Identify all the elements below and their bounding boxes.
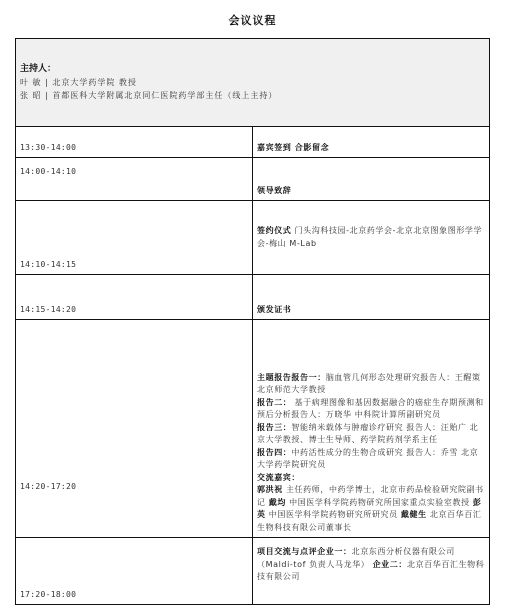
host-label: 主持人 [20, 64, 47, 74]
content-cell: 颁发证书 [253, 275, 490, 320]
host-cell: 主持人： 叶 敏 | 北京大学药学院 教授 张 昭 | 首都医科大学附属北京同仁… [16, 39, 490, 127]
item-title: 签约仪式 [257, 226, 291, 235]
agenda-row: 14:20-17:20 主题报告报告一：脑血管几何形态处理研究报告人：王醒策 北… [16, 320, 490, 538]
host-heading: 主持人： [20, 63, 485, 76]
host-person: 张 昭 | 首都医科大学附属北京同仁医院药学部主任（线上主持） [20, 90, 485, 103]
item-text: 门头沟科技园-北京药学会-北京北京图象图形学学会-梅山 M-Lab [257, 226, 482, 248]
report-text: 智能纳米载体与肿瘤诊疗研究 报告人：汪贻广 北京大学教授、博士生导师、药学院药剂… [257, 423, 478, 445]
agenda-row: 14:15-14:20 颁发证书 [16, 275, 490, 320]
report-item: 报告三：智能纳米载体与肿瘤诊疗研究 报告人：汪贻广 北京大学教授、博士生导师、药… [257, 422, 485, 447]
report-label: 报告二： [257, 398, 291, 407]
guest-name: 郭洪祝 [257, 485, 283, 494]
report-item: 报告二： 基于病理图像和基因数据融合的癌症生存期预测和预后分析报告人：万晓华 中… [257, 397, 485, 422]
guest-title: 中国医学科学院药物研究所国家重点实验室教授 [286, 498, 473, 507]
guest-name: 戴均 [269, 498, 286, 507]
content-cell: 项目交流与点评企业一：北京东西分析仪器有限公司（Maldi-tof 负责人马龙华… [253, 538, 490, 605]
item-title: 嘉宾签到 合影留念 [257, 143, 329, 152]
report-label: 报告四： [257, 448, 291, 457]
time-cell: 17:20-18:00 [16, 538, 253, 605]
time-cell: 14:20-17:20 [16, 320, 253, 538]
content-cell: 主题报告报告一：脑血管几何形态处理研究报告人：王醒策 北京师范大学教授 报告二：… [253, 320, 490, 538]
item-title: 领导致辞 [257, 186, 291, 195]
content-cell: 领导致辞 [253, 158, 490, 201]
guests-list: 郭洪祝 主任药师，中药学博士，北京市药品检验研究院副书记 戴均 中国医学科学院药… [257, 484, 485, 534]
agenda-row: 14:00-14:10 领导致辞 [16, 158, 490, 201]
report-text: 中药活性成分的生物合成研究 报告人：乔雪 北京大学药学院研究员 [257, 448, 478, 470]
time-cell: 14:15-14:20 [16, 275, 253, 320]
host-colon: ： [47, 64, 56, 74]
report-label: 报告三： [257, 423, 291, 432]
guest-title: 中国医学科学院药物研究所研究员 [266, 510, 401, 519]
report-label: 主题报告报告一： [257, 373, 326, 382]
content-cell: 签约仪式 门头沟科技园-北京药学会-北京北京图象图形学学会-梅山 M-Lab [253, 201, 490, 275]
guests-heading: 交流嘉宾： [257, 472, 485, 485]
agenda-row: 17:20-18:00 项目交流与点评企业一：北京东西分析仪器有限公司（Mald… [16, 538, 490, 605]
host-row: 主持人： 叶 敏 | 北京大学药学院 教授 张 昭 | 首都医科大学附属北京同仁… [16, 39, 490, 127]
report-item: 报告四：中药活性成分的生物合成研究 报告人：乔雪 北京大学药学院研究员 [257, 447, 485, 472]
guest-name: 戴健生 [401, 510, 427, 519]
host-person: 叶 敏 | 北京大学药学院 教授 [20, 77, 485, 90]
agenda-row: 13:30-14:00 嘉宾签到 合影留念 [16, 127, 490, 158]
company-label: 项目交流与点评企业一： [257, 547, 352, 556]
company-label: 企业二： [373, 560, 407, 569]
content-cell: 嘉宾签到 合影留念 [253, 127, 490, 158]
item-title: 颁发证书 [257, 305, 291, 314]
time-cell: 14:10-14:15 [16, 201, 253, 275]
agenda-row: 14:10-14:15 签约仪式 门头沟科技园-北京药学会-北京北京图象图形学学… [16, 201, 490, 275]
report-text: 基于病理图像和基因数据融合的癌症生存期预测和预后分析报告人：万晓华 中科院计算所… [257, 398, 484, 420]
time-cell: 14:00-14:10 [16, 158, 253, 201]
time-cell: 13:30-14:00 [16, 127, 253, 158]
document-title: 会议议程 [0, 12, 505, 28]
report-item: 主题报告报告一：脑血管几何形态处理研究报告人：王醒策 北京师范大学教授 [257, 372, 485, 397]
agenda-table: 主持人： 叶 敏 | 北京大学药学院 教授 张 昭 | 首都医科大学附属北京同仁… [15, 38, 490, 605]
